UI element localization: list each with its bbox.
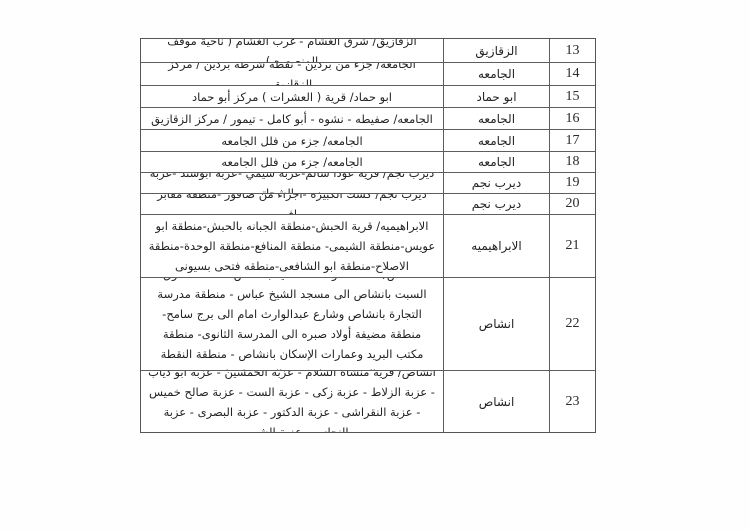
row-number-cell: 17 bbox=[549, 130, 595, 151]
table-row: 14الجامعهالجامعه/ جزء من بردين - نقطة شر… bbox=[141, 63, 595, 86]
district-description-cell: الجامعه/ صفيطه - نشوه - أبو كامل - تيمور… bbox=[141, 108, 443, 129]
district-name-cell: الابراهيميه bbox=[443, 215, 549, 277]
row-number-cell: 19 bbox=[549, 173, 595, 193]
row-number-cell: 18 bbox=[549, 152, 595, 172]
district-name-cell: الجامعه bbox=[443, 130, 549, 151]
district-description-cell: انشاص/ قرية منشأة السلام - عزبة الخمسين … bbox=[141, 371, 443, 432]
districts-table: 13الزقازيقالزقازيق/ شرق الغشام - غرب الغ… bbox=[140, 38, 596, 433]
table-row: 13الزقازيقالزقازيق/ شرق الغشام - غرب الغ… bbox=[141, 39, 595, 63]
district-description-cell: الزقازيق/ شرق الغشام - غرب الغشام ( ناحي… bbox=[141, 39, 443, 62]
district-name-cell: انشاص bbox=[443, 278, 549, 370]
row-number-cell: 13 bbox=[549, 39, 595, 62]
row-number-cell: 14 bbox=[549, 63, 595, 85]
table-row: 22انشاصانشاص/ منطقة الوحدة المحلية بانشا… bbox=[141, 278, 595, 371]
district-name-cell: ديرب نجم bbox=[443, 194, 549, 214]
district-name-cell: الجامعه bbox=[443, 63, 549, 85]
row-number-cell: 21 bbox=[549, 215, 595, 277]
row-number-cell: 20 bbox=[549, 194, 595, 214]
district-description-cell: الجامعه/ جزء من فلل الجامعه bbox=[141, 130, 443, 151]
district-name-cell: الجامعه bbox=[443, 108, 549, 129]
table-row: 15ابو حمادابو حماد/ قرية ( العشرات ) مرك… bbox=[141, 86, 595, 108]
district-description-cell: الجامعه/ جزء من بردين - نقطة شرطة بردين … bbox=[141, 63, 443, 85]
district-name-cell: الزقازيق bbox=[443, 39, 549, 62]
table-row: 16الجامعهالجامعه/ صفيطه - نشوه - أبو كام… bbox=[141, 108, 595, 130]
district-description-cell: ديرب نجم/ كشك الكبيره -اجزاء من صافور -م… bbox=[141, 194, 443, 214]
district-description-cell: ديرب نجم/ قريه عودا سالم-عزبه شيمي -عزبه… bbox=[141, 173, 443, 193]
district-description-cell: انشاص/ منطقة الوحدة المحلية بانشاص - منط… bbox=[141, 278, 443, 370]
district-description-cell: ابو حماد/ قرية ( العشرات ) مركز أبو حماد bbox=[141, 86, 443, 107]
table-row: 23انشاصانشاص/ قرية منشأة السلام - عزبة ا… bbox=[141, 371, 595, 432]
table-row: 18الجامعهالجامعه/ جزء من فلل الجامعه bbox=[141, 152, 595, 173]
district-description-cell: الابراهيميه/ قرية الحبش-منطقة الجبانه با… bbox=[141, 215, 443, 277]
table-row: 20ديرب نجمديرب نجم/ كشك الكبيره -اجزاء م… bbox=[141, 194, 595, 215]
scanned-document-page: 13الزقازيقالزقازيق/ شرق الغشام - غرب الغ… bbox=[0, 0, 750, 530]
row-number-cell: 15 bbox=[549, 86, 595, 107]
table-row: 19ديرب نجمديرب نجم/ قريه عودا سالم-عزبه … bbox=[141, 173, 595, 194]
row-number-cell: 22 bbox=[549, 278, 595, 370]
district-name-cell: ديرب نجم bbox=[443, 173, 549, 193]
district-name-cell: الجامعه bbox=[443, 152, 549, 172]
district-description-cell: الجامعه/ جزء من فلل الجامعه bbox=[141, 152, 443, 172]
district-name-cell: انشاص bbox=[443, 371, 549, 432]
table-row: 21الابراهيميهالابراهيميه/ قرية الحبش-منط… bbox=[141, 215, 595, 278]
row-number-cell: 23 bbox=[549, 371, 595, 432]
district-name-cell: ابو حماد bbox=[443, 86, 549, 107]
row-number-cell: 16 bbox=[549, 108, 595, 129]
table-row: 17الجامعهالجامعه/ جزء من فلل الجامعه bbox=[141, 130, 595, 152]
